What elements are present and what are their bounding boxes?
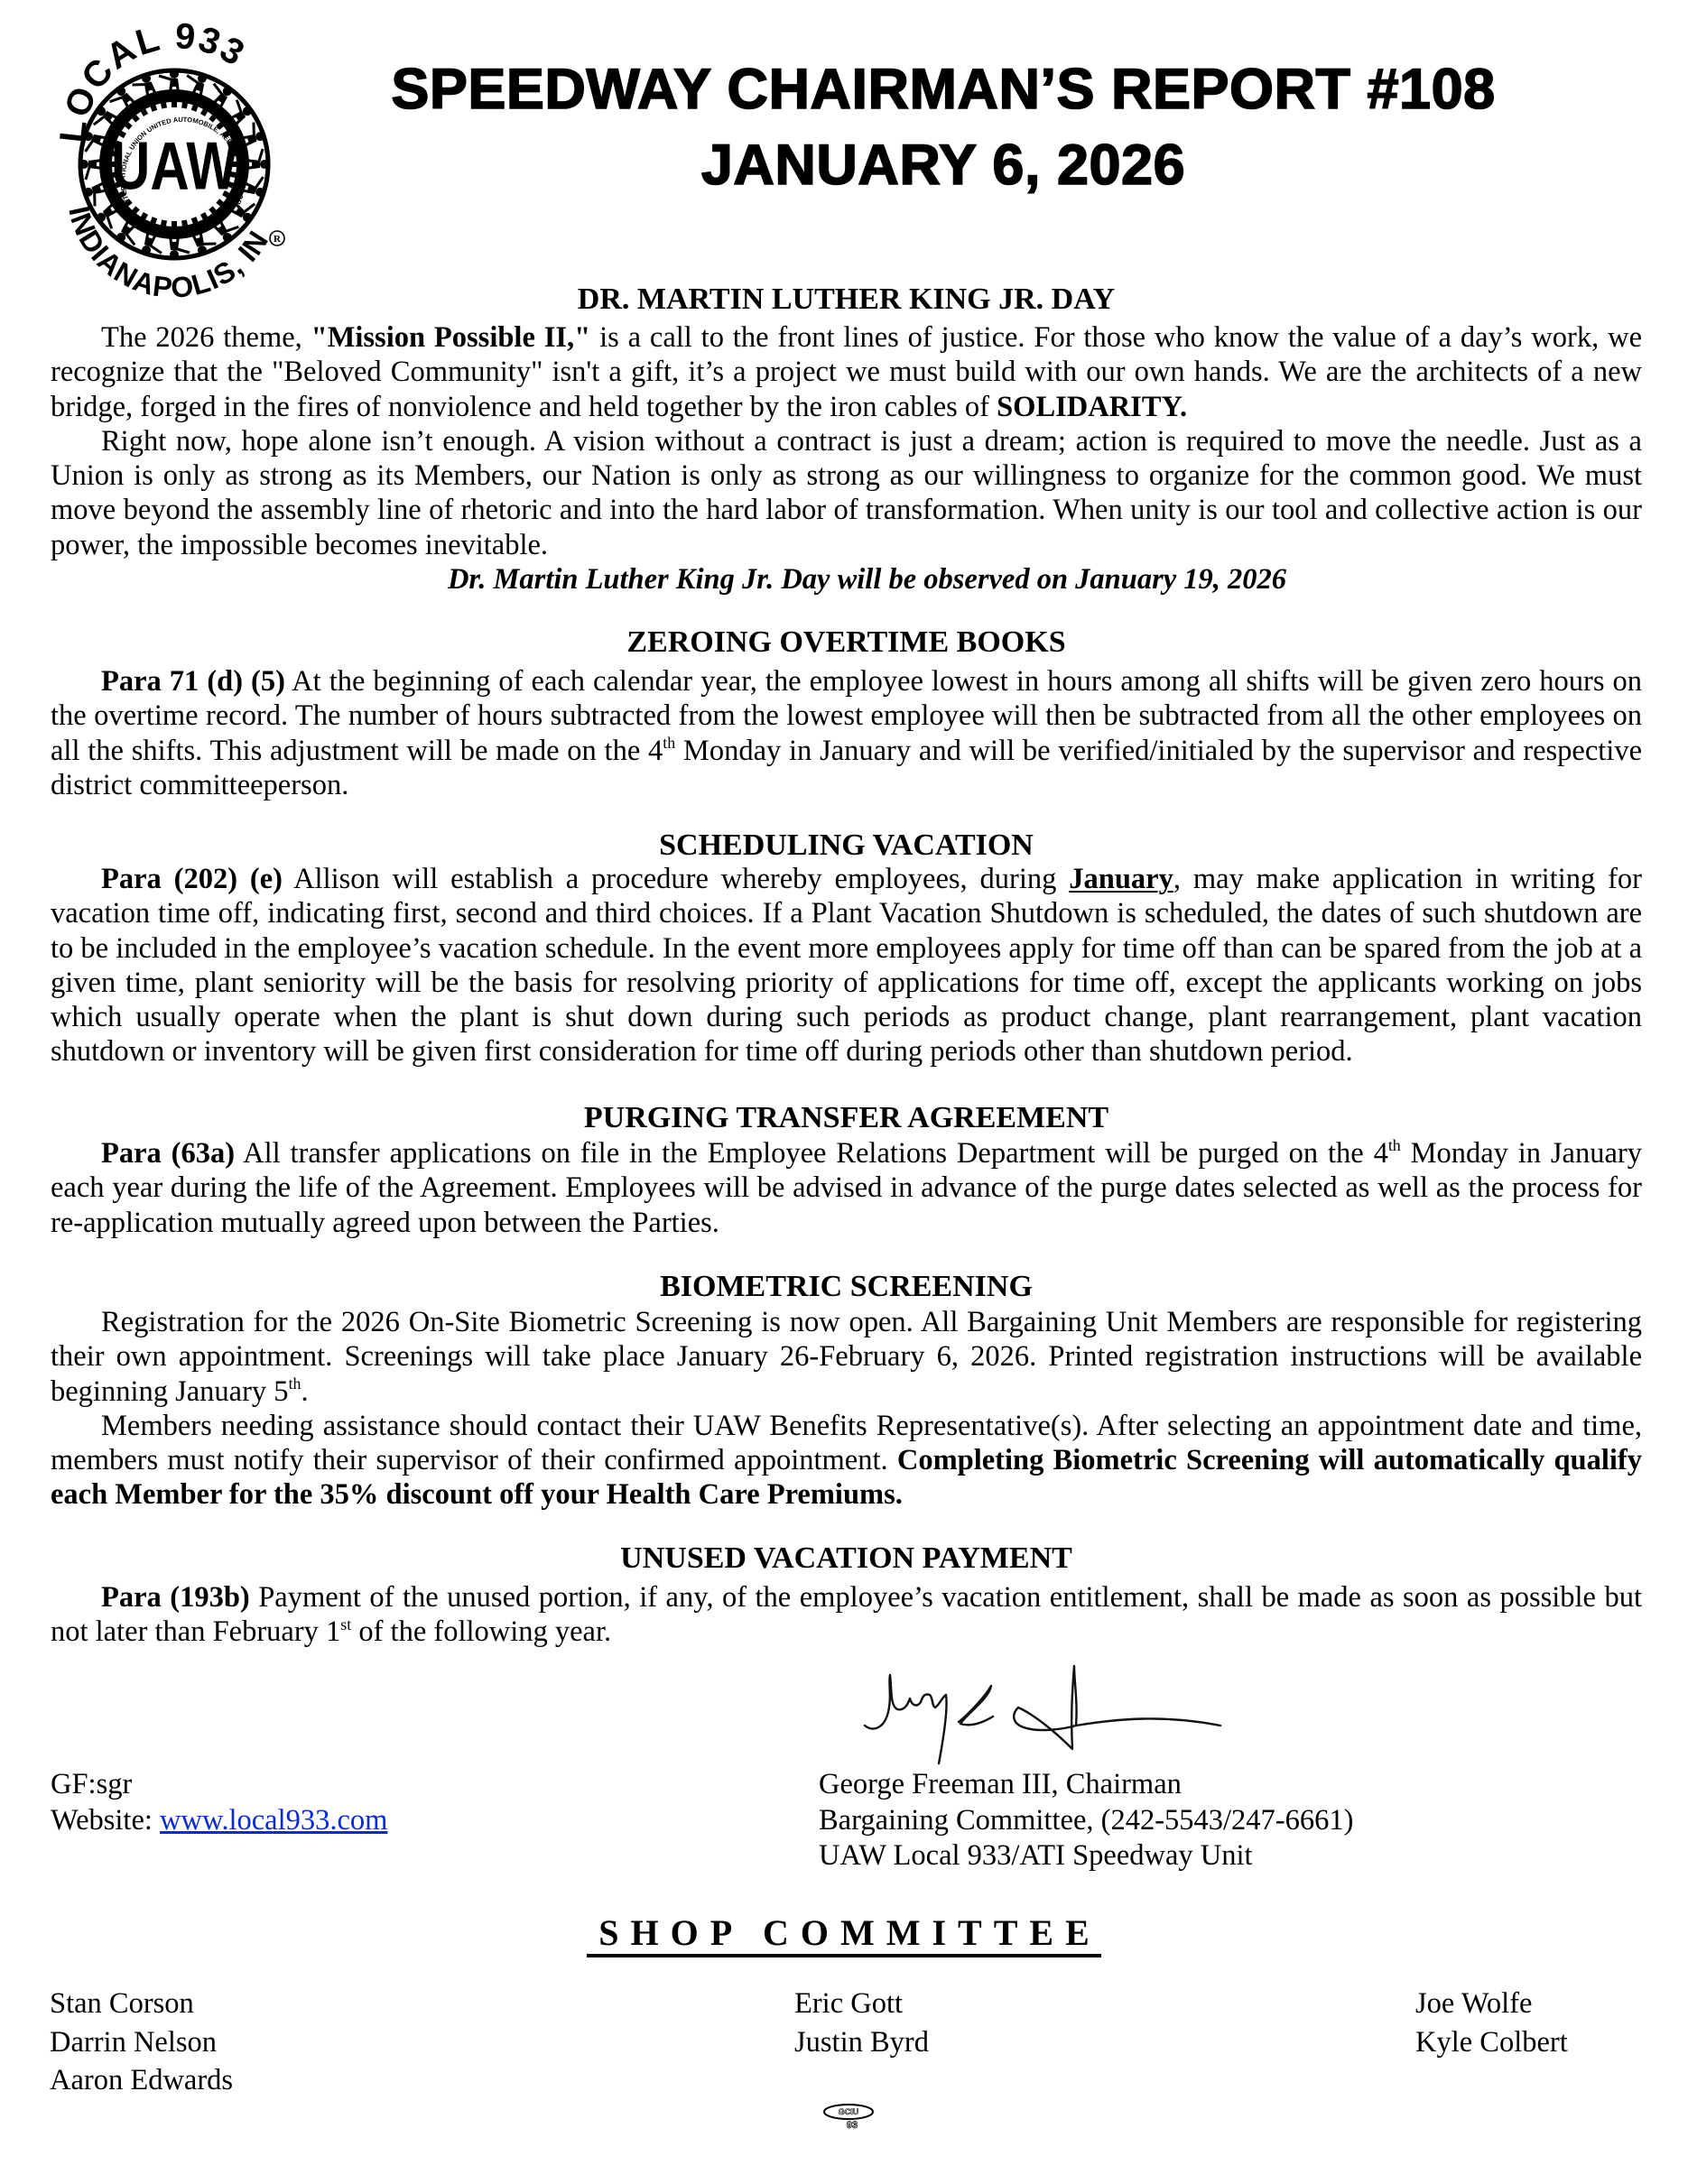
section-unused-body: Para (193b) Payment of the unused portio… [51, 1580, 1642, 1650]
section-mlk-body: The 2026 theme, "Mission Possible II," i… [51, 320, 1642, 597]
section-heading-mlk: DR. MARTIN LUTHER KING JR. DAY [51, 282, 1642, 318]
svg-text:R: R [274, 234, 282, 245]
svg-text:93: 93 [847, 2120, 858, 2131]
website-link[interactable]: www.local933.com [160, 1804, 387, 1837]
svg-text:GCIU: GCIU [839, 2107, 859, 2116]
committee-column-1: Stan Corson Darrin Nelson Aaron Edwards [50, 1985, 233, 2100]
signer-unit: UAW Local 933/ATI Speedway Unit [819, 1838, 1353, 1874]
report-title: SPEEDWAY CHAIRMAN’S REPORT #108 [325, 58, 1562, 121]
mlk-observance-note: Dr. Martin Luther King Jr. Day will be o… [51, 562, 1642, 597]
website-line: Website: www.local933.com [51, 1803, 387, 1839]
zeroing-paragraph: Para 71 (d) (5) At the beginning of each… [51, 664, 1642, 802]
signature-block: George Freeman III, Chairman Bargaining … [819, 1767, 1353, 1874]
purging-paragraph: Para (63a) All transfer applications on … [51, 1136, 1642, 1240]
footer-left: GF:sgr Website: www.local933.com [51, 1767, 387, 1838]
section-biometric-body: Registration for the 2026 On-Site Biomet… [51, 1305, 1642, 1513]
committee-member: Stan Corson [50, 1985, 233, 2023]
committee-column-2: Eric Gott Justin Byrd [794, 1985, 929, 2061]
website-label: Website: [51, 1804, 160, 1837]
shop-committee-heading: SHOP COMMITTEE [505, 1911, 1183, 1955]
section-heading-unused-vacation: UNUSED VACATION PAYMENT [51, 1541, 1642, 1577]
mlk-paragraph-1: The 2026 theme, "Mission Possible II," i… [51, 320, 1642, 424]
committee-member: Aaron Edwards [50, 2061, 233, 2100]
section-purging-body: Para (63a) All transfer applications on … [51, 1136, 1642, 1240]
committee-member: Justin Byrd [794, 2023, 929, 2062]
section-heading-biometric: BIOMETRIC SCREENING [51, 1269, 1642, 1305]
section-heading-purging: PURGING TRANSFER AGREEMENT [51, 1100, 1642, 1136]
committee-member: Eric Gott [794, 1985, 929, 2023]
biometric-paragraph-2: Members needing assistance should contac… [51, 1409, 1642, 1513]
scheduling-paragraph: Para (202) (e) Allison will establish a … [51, 862, 1642, 1069]
report-date: JANUARY 6, 2026 [325, 134, 1562, 197]
section-heading-scheduling: SCHEDULING VACATION [51, 828, 1642, 864]
section-zeroing-body: Para 71 (d) (5) At the beginning of each… [51, 664, 1642, 802]
committee-column-3: Joe Wolfe Kyle Colbert [1415, 1985, 1568, 2061]
svg-text:UAW: UAW [111, 129, 238, 204]
mlk-paragraph-2: Right now, hope alone isn’t enough. A vi… [51, 424, 1642, 562]
signer-name: George Freeman III, Chairman [819, 1767, 1353, 1803]
committee-member: Kyle Colbert [1415, 2023, 1568, 2062]
signer-committee: Bargaining Committee, (242-5543/247-6661… [819, 1803, 1353, 1839]
section-scheduling-body: Para (202) (e) Allison will establish a … [51, 862, 1642, 1069]
union-print-bug-icon: GCIU 93 [820, 2101, 879, 2135]
signature-icon [858, 1662, 1237, 1775]
unused-vacation-paragraph: Para (193b) Payment of the unused portio… [51, 1580, 1642, 1650]
uaw-local-933-logo-icon: UAW LOCAL 933 INDIANAPOLIS, IN INTERNATI… [50, 20, 302, 300]
biometric-paragraph-1: Registration for the 2026 On-Site Biomet… [51, 1305, 1642, 1409]
author-initials: GF:sgr [51, 1767, 387, 1803]
section-heading-zeroing: ZEROING OVERTIME BOOKS [51, 625, 1642, 661]
committee-member: Joe Wolfe [1415, 1985, 1568, 2023]
committee-member: Darrin Nelson [50, 2023, 233, 2062]
